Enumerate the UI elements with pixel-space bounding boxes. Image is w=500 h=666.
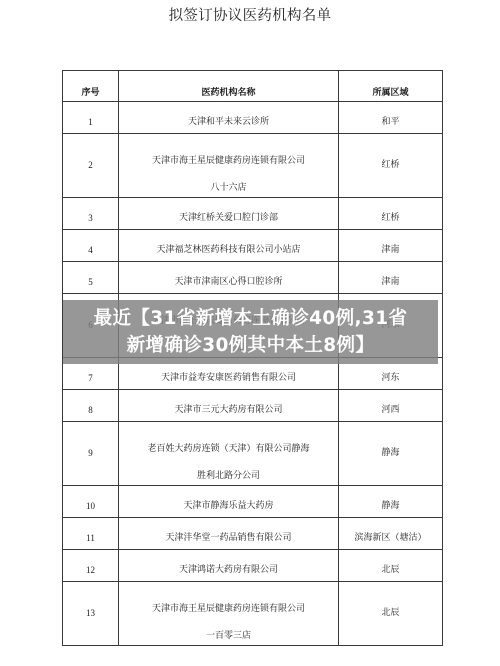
row-no: 10	[63, 486, 119, 518]
row-name: 天津市海王星辰健康药房连锁有限公司	[119, 605, 338, 614]
table-row: 4 天津福芝林医药科技有限公司小站店 津南	[63, 230, 443, 262]
row-name: 天津市静海乐益大药房	[119, 486, 339, 518]
row-region: 滨海新区（塘沽）	[339, 518, 443, 550]
row-name-line2: 一百零三店	[119, 632, 338, 645]
row-region: 红桥	[339, 198, 443, 230]
table-row: 8 天津市三元大药房有限公司 河西	[63, 390, 443, 422]
table-row: 9 老百姓大药房连锁（天津）有限公司静海 胜利北路分公司 静海	[63, 422, 443, 486]
row-region: 红桥	[339, 134, 443, 198]
headline-overlay-banner: 最近【31省新增本土确诊40例,31省 新增确诊30例其中本土8例】	[63, 300, 438, 364]
row-region: 和平	[339, 102, 443, 134]
table-row: 2 天津市海王星辰健康药房连锁有限公司 八十六店 红桥	[63, 134, 443, 198]
row-no: 8	[63, 390, 119, 422]
row-no: 5	[63, 262, 119, 294]
table-row: 11 天津沣华堂一药品销售有限公司 滨海新区（塘沽）	[63, 518, 443, 550]
row-name: 天津红桥关爱口腔门诊部	[119, 198, 339, 230]
row-name-line2: 八十六店	[119, 184, 338, 197]
row-region: 静海	[339, 422, 443, 486]
row-name: 天津鸿诺大药房有限公司	[119, 550, 339, 582]
table-header-row: 序号 医药机构名称 所属区域	[63, 71, 443, 102]
row-no: 2	[63, 134, 119, 198]
header-region: 所属区域	[339, 71, 443, 102]
row-name: 天津市海王星辰健康药房连锁有限公司	[119, 157, 338, 166]
row-name: 天津福芝林医药科技有限公司小站店	[119, 230, 339, 262]
row-name: 天津和平未来云诊所	[119, 102, 339, 134]
table-row: 5 天津市津南区心得口腔诊所 津南	[63, 262, 443, 294]
row-no: 3	[63, 198, 119, 230]
row-region: 津南	[339, 230, 443, 262]
row-no: 1	[63, 102, 119, 134]
header-name: 医药机构名称	[119, 71, 339, 102]
row-name-cell: 天津市海王星辰健康药房连锁有限公司 一百零三店	[119, 582, 339, 646]
header-no: 序号	[63, 71, 119, 102]
row-region: 河西	[339, 390, 443, 422]
row-name: 老百姓大药房连锁（天津）有限公司静海	[119, 445, 338, 454]
row-no: 9	[63, 422, 119, 486]
row-no: 4	[63, 230, 119, 262]
row-name-line2: 胜利北路分公司	[119, 472, 338, 485]
row-no: 12	[63, 550, 119, 582]
document-title: 拟签订协议医药机构名单	[0, 4, 500, 25]
row-no: 13	[63, 582, 119, 646]
overlay-line-1: 最近【31省新增本土确诊40例,31省	[94, 305, 408, 332]
row-region: 北辰	[339, 582, 443, 646]
overlay-line-2: 新增确诊30例其中本土8例】	[127, 332, 375, 359]
row-name: 天津市津南区心得口腔诊所	[119, 262, 339, 294]
table-row: 3 天津红桥关爱口腔门诊部 红桥	[63, 198, 443, 230]
row-name-cell: 老百姓大药房连锁（天津）有限公司静海 胜利北路分公司	[119, 422, 339, 486]
table-row: 13 天津市海王星辰健康药房连锁有限公司 一百零三店 北辰	[63, 582, 443, 646]
table-row: 10 天津市静海乐益大药房 静海	[63, 486, 443, 518]
row-name-cell: 天津市海王星辰健康药房连锁有限公司 八十六店	[119, 134, 339, 198]
row-name: 天津市三元大药房有限公司	[119, 390, 339, 422]
table-row: 1 天津和平未来云诊所 和平	[63, 102, 443, 134]
row-name: 天津沣华堂一药品销售有限公司	[119, 518, 339, 550]
row-region: 静海	[339, 486, 443, 518]
row-region: 北辰	[339, 550, 443, 582]
row-region: 津南	[339, 262, 443, 294]
table-row: 12 天津鸿诺大药房有限公司 北辰	[63, 550, 443, 582]
row-no: 11	[63, 518, 119, 550]
